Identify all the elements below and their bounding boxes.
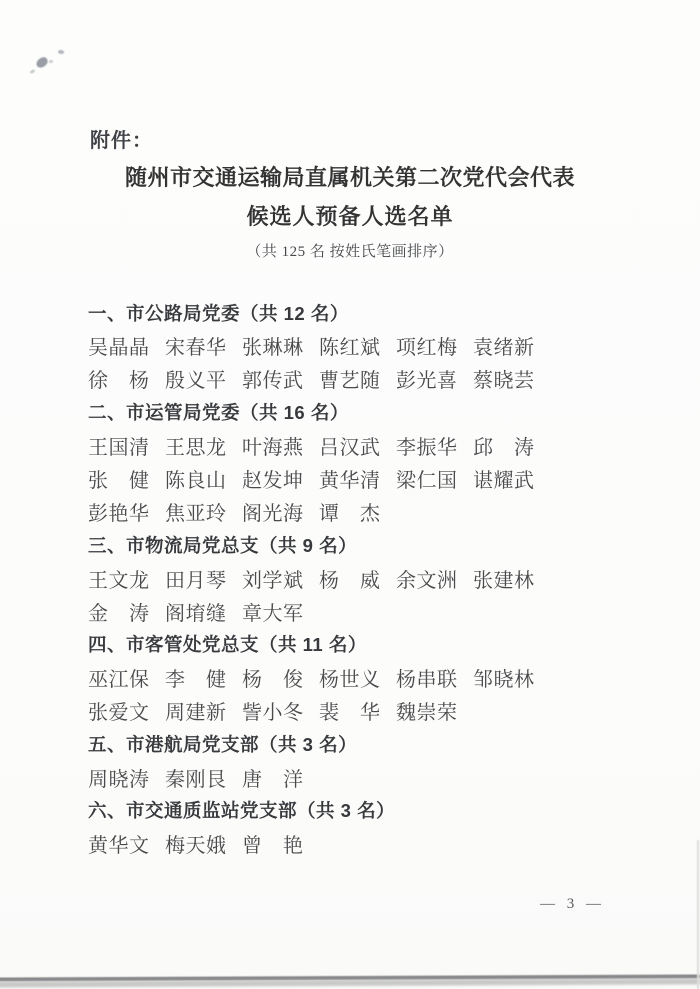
section-heading-6: 六、市交通质监站党支部（共 3 名）	[88, 794, 648, 827]
candidate-name: 李振华	[396, 431, 460, 460]
name-row: 金 涛阁堉缝章大军	[88, 595, 648, 628]
candidate-name: 陈红斌	[319, 331, 383, 360]
candidate-name: 訾小冬	[242, 696, 306, 725]
candidate-name: 吕汉武	[319, 431, 383, 460]
candidate-name: 周晓涛	[88, 763, 152, 792]
candidate-name: 彭光喜	[396, 364, 460, 393]
candidate-name: 阁光海	[242, 497, 306, 526]
candidate-name: 秦刚艮	[165, 763, 229, 792]
name-row: 周晓涛秦刚艮唐 洋	[88, 761, 648, 794]
attachment-label: 附件：	[90, 124, 153, 153]
candidate-name: 黄华文	[88, 829, 152, 858]
candidate-name: 邱 涛	[473, 431, 537, 460]
candidate-name: 张爱文	[88, 696, 152, 725]
name-row: 巫江保李 健杨 俊杨世义杨串联邹晓林	[88, 661, 648, 694]
candidate-name: 曾 艳	[242, 829, 306, 858]
candidate-name: 焦亚玲	[165, 497, 229, 526]
document-title-line2: 候选人预备人选名单	[0, 200, 700, 231]
candidate-name: 杨串联	[396, 663, 460, 692]
candidate-name: 蔡晓芸	[473, 364, 537, 393]
name-row: 彭艳华焦亚玲阁光海谭 杰	[88, 495, 648, 528]
candidate-sections: 一、市公路局党委（共 12 名）吴晶晶宋春华张琳琳陈红斌项红梅袁绪新徐 杨殷义平…	[88, 296, 648, 860]
section-heading-1: 一、市公路局党委（共 12 名）	[88, 296, 648, 329]
candidate-name: 余文洲	[396, 564, 460, 593]
candidate-name: 谭 杰	[319, 497, 383, 526]
name-row: 张 健陈良山赵发坤黄华清梁仁国谌耀武	[88, 462, 648, 495]
candidate-name: 章大军	[242, 597, 306, 626]
candidate-name: 金 涛	[88, 597, 152, 626]
candidate-name: 李 健	[165, 663, 229, 692]
ink-smudge	[35, 56, 50, 70]
candidate-name: 吴晶晶	[88, 331, 152, 360]
section-heading-3: 三、市物流局党总支（共 9 名）	[88, 528, 648, 561]
page-number: — 3 —	[540, 896, 630, 913]
candidate-name: 赵发坤	[242, 464, 306, 493]
candidate-name: 阁堉缝	[165, 597, 229, 626]
candidate-name: 梁仁国	[396, 464, 460, 493]
candidate-name: 梅天娥	[165, 829, 229, 858]
candidate-name: 殷义平	[165, 364, 229, 393]
candidate-name: 宋春华	[165, 331, 229, 360]
candidate-name: 田月琴	[165, 564, 229, 593]
name-row: 徐 杨殷义平郭传武曹艺随彭光喜蔡晓芸	[88, 362, 648, 395]
name-row: 黄华文梅天娥曾 艳	[88, 827, 648, 860]
candidate-name: 陈良山	[165, 464, 229, 493]
ink-smudge	[30, 69, 36, 74]
candidate-name: 彭艳华	[88, 497, 152, 526]
candidate-name: 郭传武	[242, 364, 306, 393]
section-heading-4: 四、市客管处党总支（共 11 名）	[88, 628, 648, 661]
paper-right-edge-shadow	[697, 840, 699, 989]
name-row: 王国清王思龙叶海燕吕汉武李振华邱 涛	[88, 429, 648, 462]
name-row: 王文龙田月琴刘学斌杨 威余文洲张建林	[88, 562, 648, 595]
candidate-name: 黄华清	[319, 464, 383, 493]
candidate-name: 曹艺随	[319, 364, 383, 393]
candidate-name: 杨 威	[319, 564, 383, 593]
candidate-name: 周建新	[165, 696, 229, 725]
candidate-name: 张 健	[88, 464, 152, 493]
candidate-name: 徐 杨	[88, 364, 152, 393]
name-row: 吴晶晶宋春华张琳琳陈红斌项红梅袁绪新	[88, 329, 648, 362]
name-row: 张爱文周建新訾小冬裴 华魏崇荣	[88, 694, 648, 727]
candidate-name: 魏崇荣	[396, 696, 460, 725]
scanned-document-page: 附件： 随州市交通运输局直属机关第二次党代会代表 候选人预备人选名单 （共 12…	[0, 0, 700, 989]
candidate-name: 张琳琳	[242, 331, 306, 360]
candidate-name: 项红梅	[396, 331, 460, 360]
section-heading-5: 五、市港航局党支部（共 3 名）	[88, 727, 648, 760]
ink-smudge	[49, 60, 53, 63]
candidate-name: 杨 俊	[242, 663, 306, 692]
ink-smudge	[58, 49, 65, 54]
candidate-name: 谌耀武	[473, 464, 537, 493]
candidate-name: 王思龙	[165, 431, 229, 460]
candidate-name: 王文龙	[88, 564, 152, 593]
candidate-name: 袁绪新	[473, 331, 537, 360]
candidate-name: 杨世义	[319, 663, 383, 692]
candidate-name: 邹晓林	[473, 663, 537, 692]
section-heading-2: 二、市运管局党委（共 16 名）	[88, 396, 648, 429]
candidate-name: 巫江保	[88, 663, 152, 692]
candidate-name: 王国清	[88, 431, 152, 460]
document-subtitle: （共 125 名 按姓氏笔画排序）	[0, 240, 700, 261]
candidate-name: 唐 洋	[242, 763, 306, 792]
document-title-line1: 随州市交通运输局直属机关第二次党代会代表	[0, 161, 700, 192]
candidate-name: 叶海燕	[242, 431, 306, 460]
candidate-name: 张建林	[473, 564, 537, 593]
candidate-name: 裴 华	[319, 696, 383, 725]
candidate-name: 刘学斌	[242, 564, 306, 593]
